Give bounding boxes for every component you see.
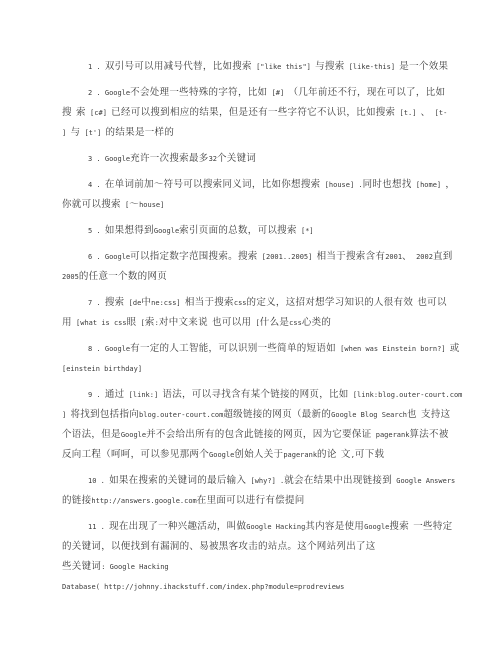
latin-text-run: 4 . [88,181,105,189]
latin-text-run: [t- [430,109,447,117]
text-line: 6 . Google可以指定数字范围搜索。搜索 [2001..2005] 相当于… [62,247,446,267]
text-line: [einstein birthday] [62,359,446,379]
latin-text-run: pagerank [372,431,410,439]
latin-text-run: [de [124,299,141,307]
text-line: 9 . 通过 [link:] 语法，可以寻找含有某个链接的网页，比如 [link… [62,385,446,405]
latin-text-run: [t.] [395,109,420,117]
latin-text-run: 6 . Google [88,253,130,261]
latin-text-run: blog.outer-court.com [139,411,223,419]
latin-text-run: 2 . Google [88,89,130,97]
latin-text-run: Database( http://johnny.ihackstuff.com/i… [62,583,344,591]
paragraph: 8 . Google有一定的人工智能，可以识别一些简单的短语如 [when wa… [62,339,446,379]
latin-text-run: [*] [297,227,314,235]
latin-text-run: [when was Einstein born?] [336,345,450,353]
text-line: Database( http://johnny.ihackstuff.com/i… [62,577,446,597]
paragraph: 6 . Google可以指定数字范围搜索。搜索 [2001..2005] 相当于… [62,247,446,287]
text-line: 反向工程（呵呵，可以参见那两个Google创始人关于pagerank的论 文,可… [62,445,446,465]
latin-text-run: 2005 [62,273,79,281]
latin-text-run: Google Hacking [246,523,305,531]
latin-text-run: house] [139,201,164,209]
text-line: 2 . Google不会处理一些特殊的字符，比如 [#] （几年前还不行，现在可… [62,83,446,103]
latin-text-run: [what is css [72,319,127,327]
latin-text-run: [c#] [86,109,111,117]
latin-text-run: [link:blog.outer-court.com [349,391,463,399]
text-line: 的关键词，以便找到有漏洞的、易被黑客攻击的站点。这个网站列出了这 [62,537,446,557]
latin-text-run: [2001..2005] [258,253,317,261]
text-line: 7 . 搜索 [de中ne:css] 相当于搜索css的定义，这招对想学习知识的… [62,293,446,313]
text-line: 1 . 双引号可以用减号代替，比如搜索 ["like this"] 与搜索 [l… [62,57,446,77]
latin-text-run: [ [136,319,144,327]
latin-text-run [409,523,413,531]
latin-text-run: : [155,319,159,327]
latin-text-run: ne:css] [151,299,185,307]
paragraph: 5 . 如果想得到Google索引页面的总数，可以搜索 [*] [62,221,446,241]
latin-text-run: 32 [209,155,217,163]
latin-text-run: ["like this"] [252,63,315,71]
latin-text-run: [home] [412,181,446,189]
text-line: ] 与 [t'] 的结果是一样的 [62,123,446,143]
text-line: 3 . Google充许一次搜索最多32个关键词 [62,149,446,169]
text-line: 你就可以搜索 [～house] [62,195,446,215]
document-body: 1 . 双引号可以用减号代替，比如搜索 ["like this"] 与搜索 [l… [62,57,446,603]
text-line: ] 将找到包括指向blog.outer-court.com超级链接的网页（最新的… [62,405,446,425]
latin-text-run: Google [121,431,146,439]
text-line: 8 . Google有一定的人工智能，可以识别一些简单的短语如 [when wa… [62,339,446,359]
latin-text-run: Google [364,523,389,531]
latin-text-run: 2001 [385,253,402,261]
text-line: 个语法，但是Google并不会给出所有的包含此链接的网页，因为它要保证 page… [62,425,446,445]
paragraph: 4 . 在单词前加～符号可以搜索同义词，比如你想搜索 [house] .同时也想… [62,175,446,215]
latin-text-run: http://answers.google.com [91,497,196,505]
latin-text-run: css [289,319,302,327]
text-line: 用 [what is css眼 [索:对中文来说 也可以用 [什么是css心类的 [62,313,446,333]
latin-text-run [208,319,212,327]
latin-text-run: 5 . [88,227,105,235]
latin-text-run: ] [62,129,70,137]
latin-text-run: 11 . [88,523,109,531]
latin-text-run [337,451,341,459]
latin-text-run: 8 . Google [88,345,130,353]
latin-text-run [72,109,76,117]
latin-text-run: Google [154,227,179,235]
latin-text-run: 10 . [88,477,109,485]
text-line: 些关键词: Google Hacking [62,557,446,577]
latin-text-run: 9 . [88,391,105,399]
latin-text-run: Google Answers [392,477,455,485]
latin-text-run: [einstein birthday] [62,365,142,373]
latin-text-run [413,299,417,307]
paragraph: 7 . 搜索 [de中ne:css] 相当于搜索css的定义，这招对想学习知识的… [62,293,446,333]
text-line: 4 . 在单词前加～符号可以搜索同义词，比如你想搜索 [house] .同时也想… [62,175,446,195]
latin-text-run: 3 . Google [88,155,130,163]
latin-text-run: [ [121,201,129,209]
text-line: 搜 索 [c#] 已经可以搜到相应的结果，但是还有一些字符它不认识，比如搜索 [… [62,103,446,123]
paragraph: 9 . 通过 [link:] 语法，可以寻找含有某个链接的网页，比如 [link… [62,385,446,465]
latin-text-run: [like-this] [345,63,400,71]
latin-text-run: 7 . [88,299,105,307]
latin-text-run: 1 . [88,63,105,71]
paragraph: 11 . 现在出现了一种兴趣活动，叫做Google Hacking其内容是使用G… [62,517,446,597]
document-page: 1 . 双引号可以用减号代替，比如搜索 ["like this"] 与搜索 [l… [0,0,500,647]
latin-text-run [417,411,421,419]
latin-text-run: Google Blog Search [331,411,407,419]
paragraph: 1 . 双引号可以用减号代替，比如搜索 ["like this"] 与搜索 [l… [62,57,446,77]
text-line: 的链接http://answers.google.com在里面可以进行有偿提问 [62,491,446,511]
latin-text-run: [why?] . [246,477,284,485]
latin-text-run: 2002 [412,253,433,261]
latin-text-run: pagerank [283,451,317,459]
latin-text-run: , [351,451,355,459]
paragraph: 3 . Google充许一次搜索最多32个关键词 [62,149,446,169]
latin-text-run: : Google Hacking [101,563,168,571]
latin-text-run: [ [251,319,259,327]
text-line: 5 . 如果想得到Google索引页面的总数，可以搜索 [*] [62,221,446,241]
text-line: 11 . 现在出现了一种兴趣活动，叫做Google Hacking其内容是使用G… [62,517,446,537]
latin-text-run: [t'] [80,129,105,137]
latin-text-run: [link:] [124,391,162,399]
paragraph: 2 . Google不会处理一些特殊的字符，比如 [#] （几年前还不行，现在可… [62,83,446,143]
latin-text-run: ] [62,411,70,419]
latin-text-run: [house] . [320,181,362,189]
latin-text-run: css [234,299,247,307]
latin-text-run: [#] [267,89,288,97]
text-line: 10 . 如果在搜索的关键词的最后输入 [why?] .就会在结果中出现链接到 … [62,471,446,491]
paragraph: 10 . 如果在搜索的关键词的最后输入 [why?] .就会在结果中出现链接到 … [62,471,446,511]
text-line: 2005的任意一个数的网页 [62,267,446,287]
latin-text-run: Google [209,451,234,459]
